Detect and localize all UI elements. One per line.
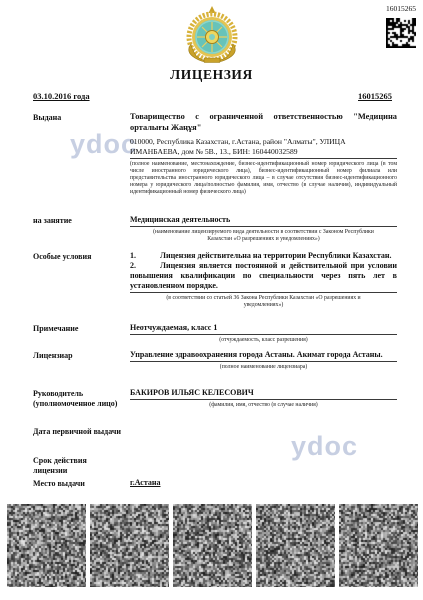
licensee-name: Товарищество с ограниченной ответственно… (130, 112, 397, 133)
license-document: ydoc ydoc 16015265 ЛИЦЕНЗИЯ 03.10.2016 г… (0, 0, 423, 600)
validity-value (103, 455, 397, 475)
field-issued: Выдана Товарищество с ограниченной ответ… (33, 112, 397, 196)
field-first-issue-label: Дата первичной выдачи (33, 426, 163, 437)
license-number: 16015265 (358, 91, 392, 101)
field-issued-label: Выдана (33, 112, 130, 196)
first-issue-value (163, 426, 397, 437)
field-special-label: Особые условия (33, 251, 130, 309)
field-special-note: (в соответствии со статьей 36 Закона Рес… (130, 295, 397, 309)
licensee-address: 010000, Республика Казахстан, г.Астана, … (130, 137, 397, 159)
serial-number-top: 16015265 (386, 4, 416, 13)
field-licensor-label: Лицензиар (33, 350, 130, 371)
field-head-note: (фамилия, имя, отчество (в случае наличи… (130, 402, 397, 409)
field-place: Место выдачи г.Астана (33, 478, 397, 489)
field-activity: на занятие Медицинская деятельность (наи… (33, 215, 397, 243)
barcode-block-4 (256, 504, 335, 587)
remark-value: Неотчуждаемая, класс 1 (130, 323, 397, 335)
field-place-label: Место выдачи (33, 478, 130, 489)
field-first-issue: Дата первичной выдачи (33, 426, 397, 437)
field-head: Руководитель (уполномоченное лицо) БАКИР… (33, 388, 397, 409)
field-issued-note: (полное наименование, местонахождение, б… (130, 161, 397, 196)
head-value: БАКИРОВ ИЛЬЯС КЕЛЕСОВИЧ (130, 388, 397, 400)
field-remark-note: (отчуждаемость, класс разрешения) (130, 337, 397, 344)
field-activity-label: на занятие (33, 215, 130, 243)
special-condition-item: 2.Лицензия является постоянной и действи… (130, 261, 397, 291)
field-remark: Примечание Неотчуждаемая, класс 1 (отчуж… (33, 323, 397, 344)
field-remark-label: Примечание (33, 323, 130, 344)
qr-code-icon (386, 18, 416, 48)
field-licensor-note: (полное наименование лицензиара) (130, 364, 397, 371)
special-condition-item: 1.Лицензия действительна на территории Р… (130, 251, 397, 261)
barcode-block-2 (90, 504, 169, 587)
licensor-value: Управление здравоохранения города Астаны… (130, 350, 397, 362)
field-licensor: Лицензиар Управление здравоохранения гор… (33, 350, 397, 371)
barcode-block-1 (7, 504, 86, 587)
field-activity-note: (наименование лицензируемого вида деятел… (130, 229, 397, 243)
field-validity: Срок действия лицензии (33, 455, 397, 475)
barcode-block-5 (339, 504, 418, 587)
place-value: г.Астана (130, 478, 161, 489)
kazakhstan-emblem-icon (181, 6, 243, 69)
field-head-label: Руководитель (уполномоченное лицо) (33, 388, 130, 409)
field-validity-label: Срок действия лицензии (33, 455, 103, 475)
date-number-row: 03.10.2016 года 16015265 (33, 91, 392, 101)
document-title: ЛИЦЕНЗИЯ (0, 67, 423, 83)
barcode-strip (7, 504, 418, 587)
issue-date: 03.10.2016 года (33, 91, 90, 101)
activity-value: Медицинская деятельность (130, 215, 397, 227)
field-special-conditions: Особые условия 1.Лицензия действительна … (33, 251, 397, 309)
barcode-block-3 (173, 504, 252, 587)
